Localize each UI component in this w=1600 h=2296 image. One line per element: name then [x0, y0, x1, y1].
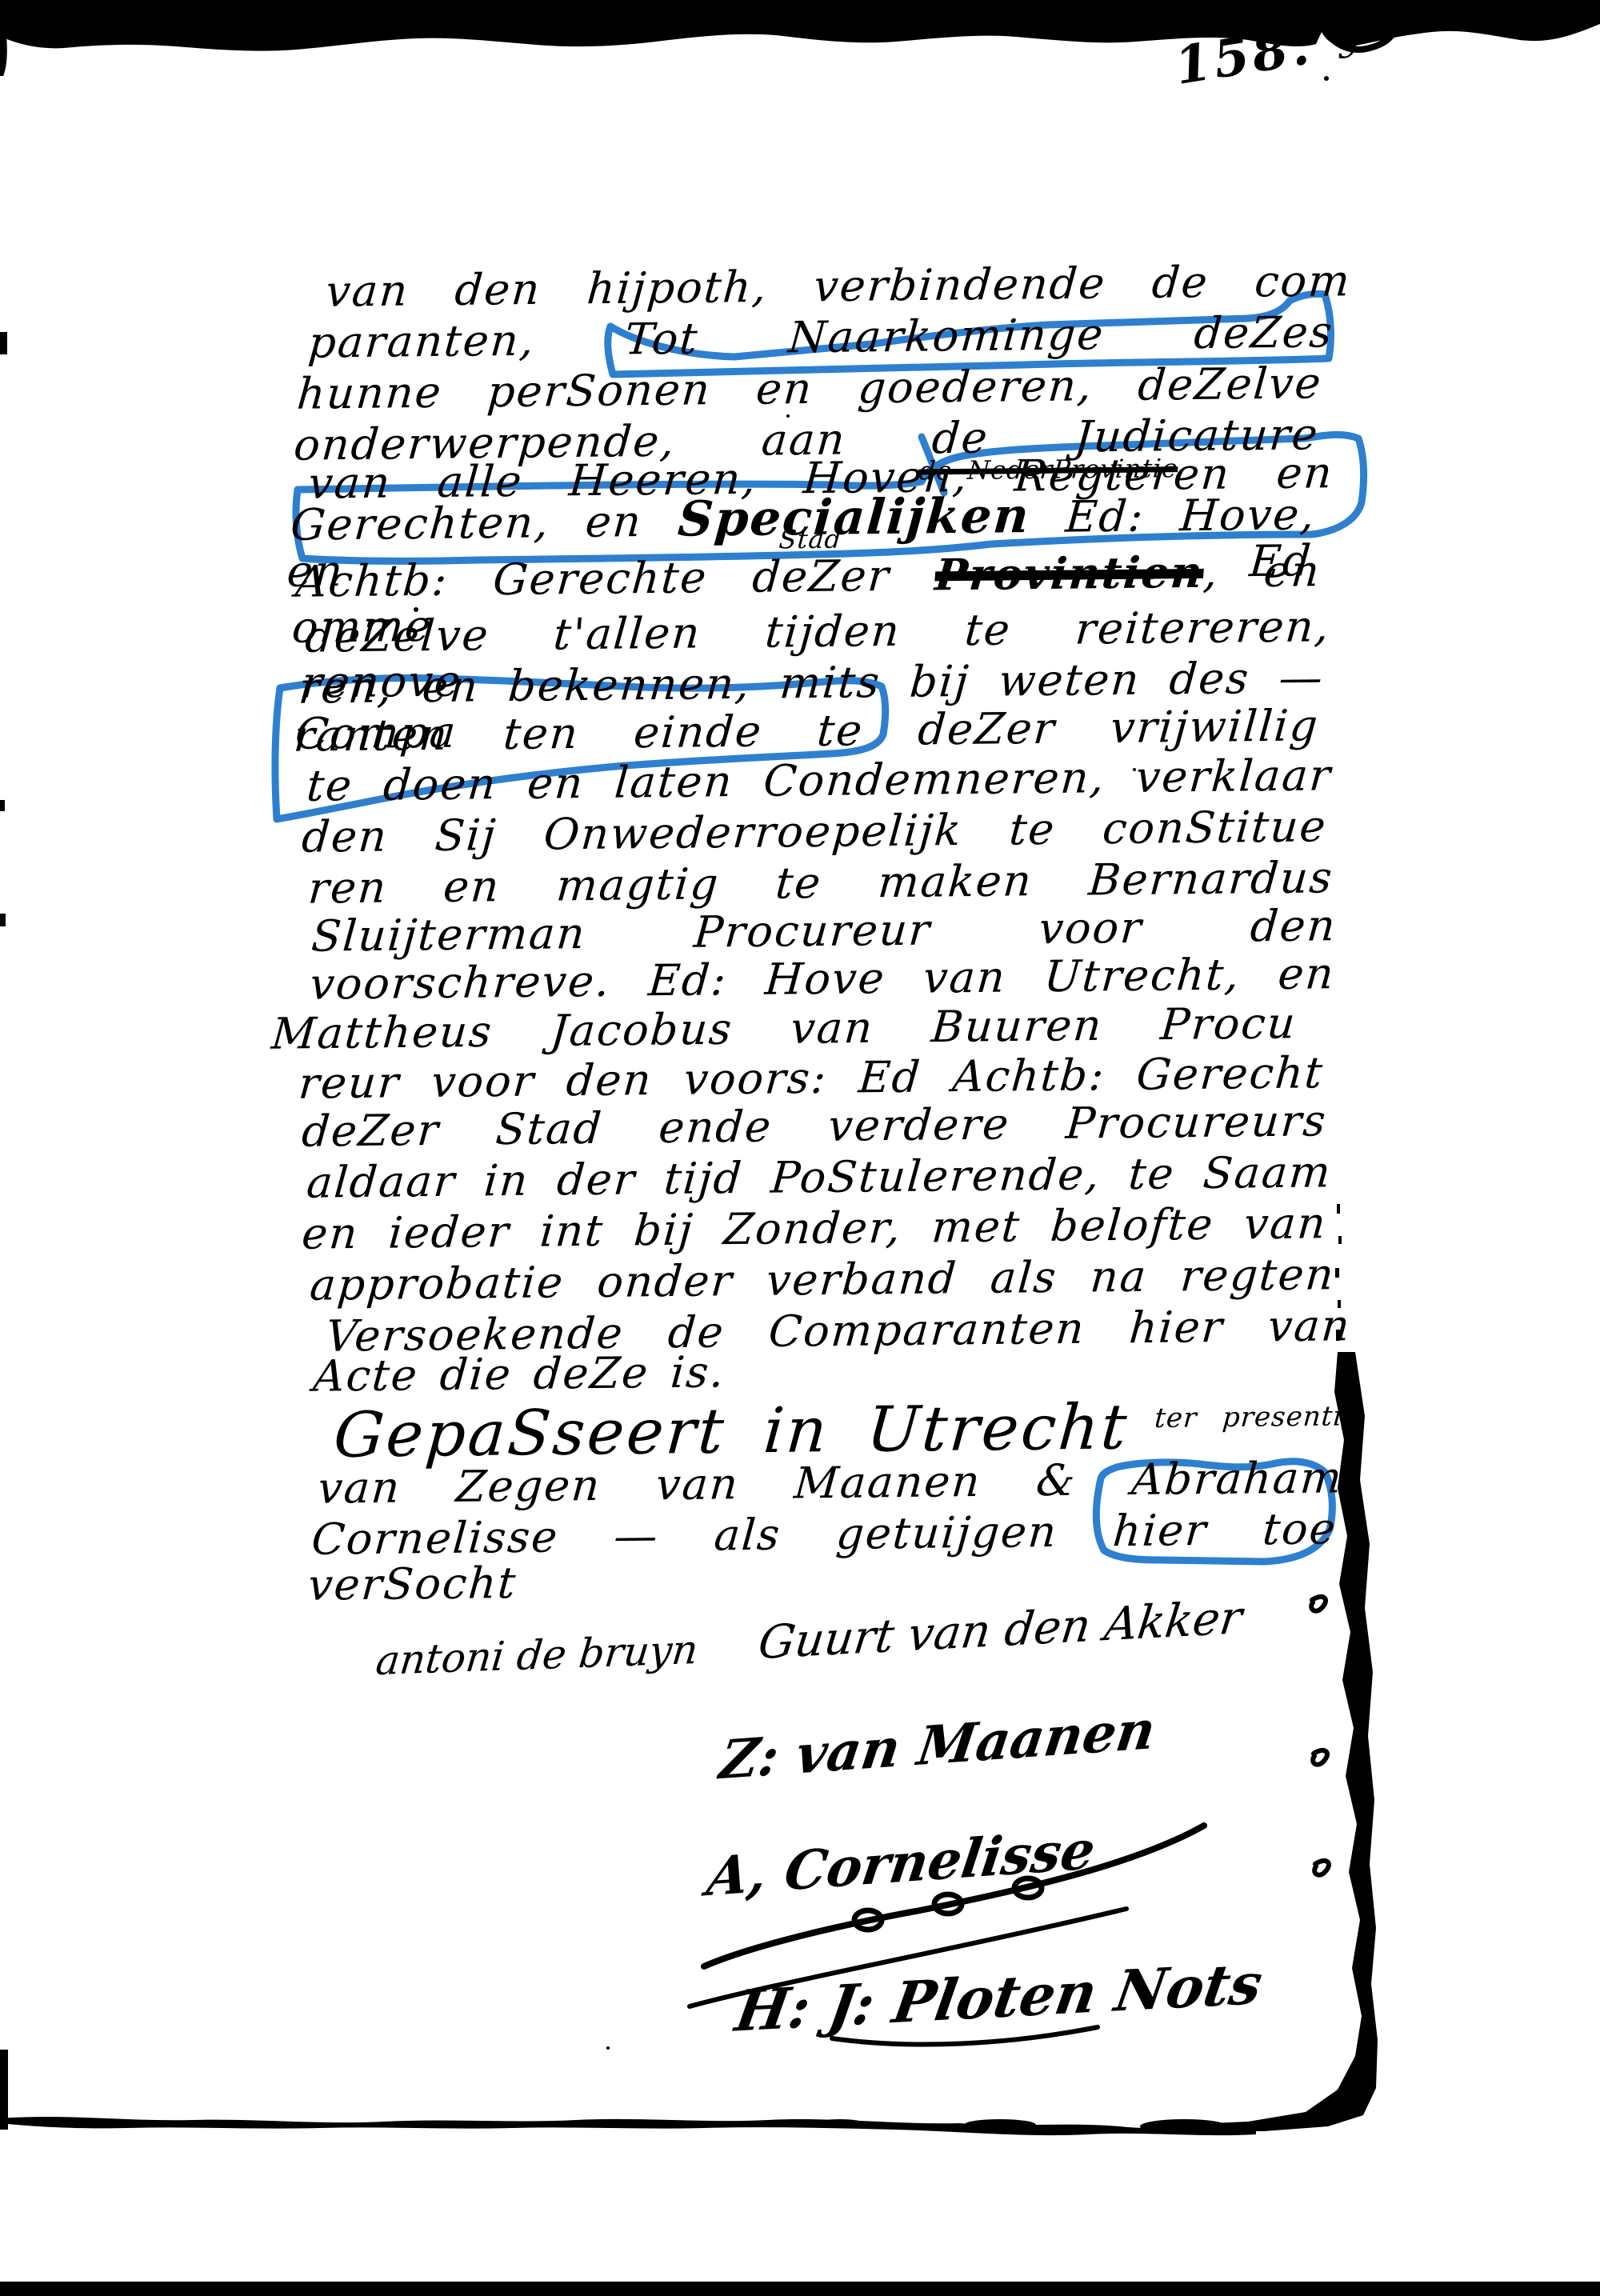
signature-z-van-maanen: Z: van Maanen [716, 1698, 1159, 1792]
manuscript-line: deZer Stad ende verdere Procureurs [300, 1098, 1328, 1154]
manuscript-line: te doen en laten Condemneren, verklaar [305, 753, 1333, 809]
manuscript-text: den Sij Onwederroepelijk te conStitue [300, 801, 1329, 862]
manuscript-text: Cornelisse — als getuijgen hier toe [310, 1503, 1338, 1564]
manuscript-line: approbatie onder verband als na regten [308, 1252, 1336, 1308]
left-edge-marks [0, 332, 8, 2130]
manuscript-text: aldaar in der tijd PoStulerende, te Saam [305, 1146, 1334, 1207]
manuscript-text: Tot Naarkominge deZes [623, 306, 1335, 364]
manuscript-text: deZer Stad ende verdere Procureurs [300, 1095, 1329, 1156]
bottom-line-blob [816, 2119, 864, 2127]
signature-a-cornelisse: A, Cornelisse [703, 1818, 1099, 1909]
manuscript-text: Acte die deZe is. [311, 1346, 727, 1401]
manuscript-line: van Zegen van Maanen & Abraham [316, 1455, 1344, 1511]
manuscript-text: Stad [778, 526, 842, 554]
manuscript-text: de NederProvintie [918, 455, 1178, 485]
bottom-edge-scan-band [0, 2282, 1600, 2296]
manuscript-line: hunne perSonen en goederen, deZelve [295, 361, 1323, 417]
page-number: 158.9 [1171, 8, 1366, 97]
bottom-line-blob [964, 2119, 1036, 2130]
manuscript-line: Acte die deZe is. [312, 1350, 727, 1399]
manuscript-text: en ieder int bij Zonder, met belofte van [300, 1198, 1329, 1258]
bottom-line-blob [1140, 2119, 1228, 2134]
manuscript-line: en ieder int bij Zonder, met belofte van [300, 1201, 1328, 1257]
manuscript-text: te doen en laten Condemneren, verklaar [305, 750, 1334, 810]
page-number-main: 158. [1171, 16, 1316, 97]
manuscript-text: hunne perSonen en goederen, deZelve [295, 358, 1324, 418]
manuscript-text: approbatie onder verband als na regten [308, 1249, 1337, 1310]
manuscript-line: den Sij Onwederroepelijk te conStitue [300, 804, 1328, 860]
page-number-corner-mark: 9 [1332, 21, 1365, 68]
manuscript-text: paranten, [306, 314, 627, 368]
signature-guurt-van-den-akker: Guurt van den Akker [755, 1591, 1245, 1670]
bottom-wavy-line-artifact [0, 2117, 1256, 2135]
right-edge-curl-marks [1311, 1597, 1329, 1875]
manuscript-line: van den hijpoth, verbindende de com [324, 258, 1352, 314]
scanned-document-page: 158.9 van den hijpoth, verbindende de co… [0, 0, 1600, 2296]
signature-antoni-de-bruyn: antoni de bruyn [374, 1626, 700, 1684]
manuscript-text: Achtb: Gerechte deZer [294, 550, 937, 606]
manuscript-text: Provintien [933, 546, 1206, 601]
manuscript-text: verSocht [306, 1558, 519, 1610]
manuscript-text: ter presentie [1128, 1400, 1361, 1434]
manuscript-line: paranten, Tot Naarkominge deZes [306, 310, 1334, 366]
manuscript-line: aldaar in der tijd PoStulerende, te Saam [305, 1150, 1333, 1206]
top-left-drip-artifact [0, 36, 7, 76]
signature-notary-ploten: H: J: Ploten Nots [731, 1950, 1267, 2044]
manuscript-line: Cornelisse — als getuijgen hier toe verS… [306, 1506, 1338, 1608]
